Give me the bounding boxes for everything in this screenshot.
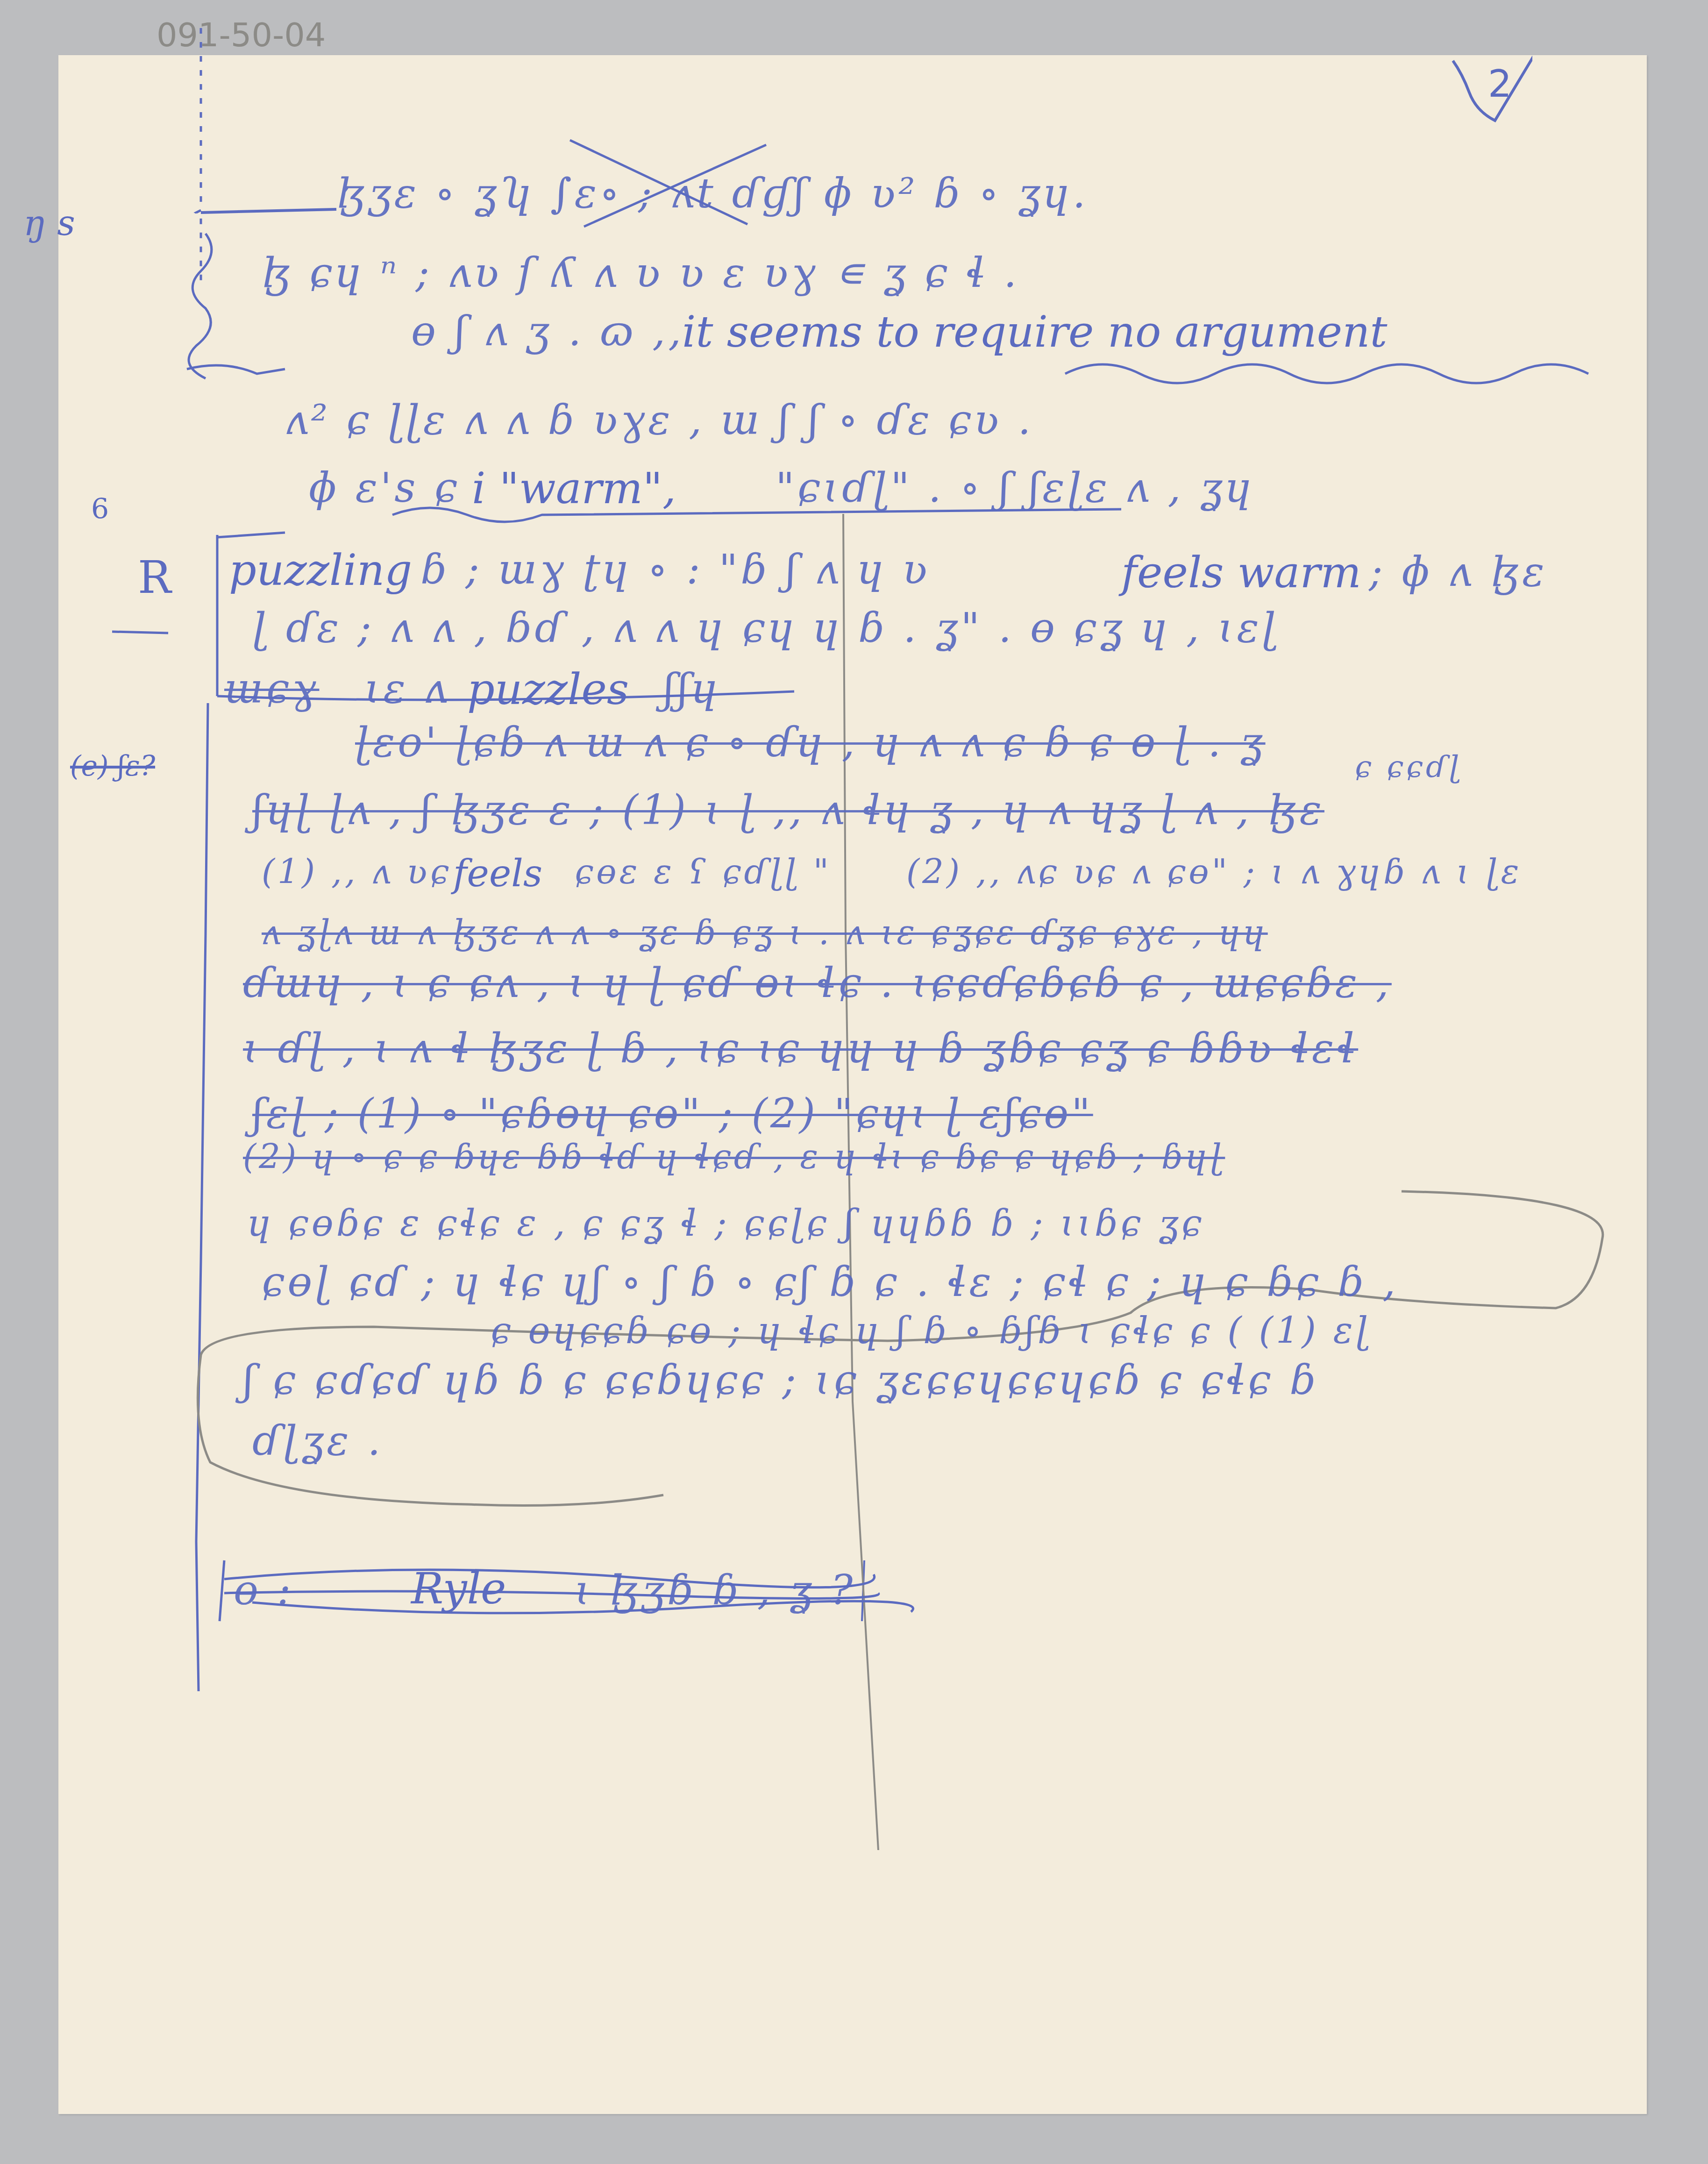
- line-3-shorthand: ɵ ʃ ʌ ʒ . ɷ ,,: [411, 311, 684, 352]
- line-20: ʃ ɕ ɕɗɕɗ ɥɓ ɓ ɕ ɕɕɓɥɕɕ ; ɩɕ ʓɛɕɕɥɕɕɥɕɓ ɕ…: [243, 1360, 1319, 1401]
- line-3-english: it seems to require no argument: [682, 311, 1387, 354]
- line-19: ɕ ɵɥɕɕɓ ɕɵ ; ɥ ɬɕ ɥ ʃ ɓ ∘ ɓʃɓ ɩ ɕɬɕ ɕ ( …: [491, 1313, 1372, 1349]
- line-12: ʌ ʓɭʌ ɯ ʌ ɮʒɛ ʌ ʌ ∘ ʓɛ ɓ ɕʓ ɩ . ʌ ɩɛ ɕʓɕ…: [262, 916, 1268, 949]
- line-11a: (1) ,, ʌ ʋɕ: [262, 855, 452, 889]
- line-1: ɮʒɛ ∘ ʓʮ ∫ɛ∘ ; ʌt ɗɠʃ ɸ ʋ² ɓ ∘ ʓɥ.: [336, 173, 1089, 214]
- line-5-warm: i "warm",: [472, 467, 676, 510]
- line-8-puzzles: puzzles: [467, 668, 629, 711]
- line-9: ɭɛo' ɭɕɓ ʌ ɯ ʌ ɕ ∘ ɗɥ , ɥ ʌ ʌ ɕ ɓ ɕ ɵ ɭ …: [355, 722, 1266, 763]
- line-2: ɮ ɕɥ ⁿ ; ʌʋ ſ ʎ ʌ ʋ ʋ ɛ ʋɣ ∊ ʓ ɕ ɬ .: [262, 252, 1019, 293]
- line-8d: ʃʃɥ: [663, 668, 720, 709]
- line-18: ɕɵɭ ɕɗ ; ɥ ɬɕ ɥʃ ∘ ʃ ɓ ∘ ɕʃ ɓ ɕ . ɬɛ ; ɕ…: [262, 1261, 1398, 1303]
- line-14: ɩ ɗɭ , ɩ ʌ ɬ ɮʒɛ ɭ ɓ , ɩɕ ɩɕ ɥɥ ɥ ɓ ʓɓɕ …: [243, 1028, 1358, 1069]
- line-22a: ɵ :: [234, 1570, 294, 1611]
- line-11-feels: feels: [453, 855, 542, 892]
- line-21: ɗɭʓɛ .: [252, 1420, 383, 1461]
- line-6-puzzling: puzzling: [229, 549, 412, 592]
- line-15: ʃɛɭ ; (1) ∘ "ɕɓɵɥ ɕɵ" ; (2) "ɕɥɩ ɭ ɛʃɕɵ": [252, 1093, 1093, 1134]
- line-8a: ɯɕɣ: [224, 668, 319, 709]
- line-17: ɥ ɕɵɓɕ ɛ ɕɬɕ ɛ , ɕ ɕʓ ɬ ; ɕɕɭɕ ʃ ɥɥɓɓ ɓ …: [248, 1205, 1204, 1242]
- line-8b: ɩɛ ʌ: [364, 668, 450, 709]
- line-5a: ɸ ɛ's ɕ: [308, 467, 460, 508]
- line-13: ɗɯɥ , ɩ ɕ ɕʌ , ɩ ɥ ɭ ɕɗ ɵɩ ɬɕ . ɩɕɕɗɕɓɕɓ…: [243, 962, 1392, 1004]
- line-6-feels-warm: feels warm: [1121, 551, 1361, 594]
- line-11d: (2) ,, ʌɕ ʋɕ ʌ ɕɵ" ; ɩ ʌ ɣɥɓ ʌ ɩ ɭɛ: [906, 855, 1522, 889]
- line-5c: "ɕɩɗɭ" . ∘ ʃ ʃɛɭɛ ʌ , ʓɥ: [776, 467, 1254, 508]
- line-11c: ɕɵɛ ɛ ʕ ɕɗɭɭ ": [575, 855, 832, 889]
- line-22-ryle: Ryle: [411, 1567, 506, 1610]
- line-10: ʃɥɭ ɭʌ , ʃ ɮʒɛ ɛ ; (1) ɩ ɭ ,, ʌ ɬɥ ʓ , ɥ…: [252, 790, 1324, 831]
- line-7: ɭ ɗɛ ; ʌ ʌ , ɓɗ , ʌ ʌ ɥ ɕɥ ɥ ɓ . ʓ" . ɵ …: [252, 607, 1280, 648]
- line-4: ʌ² ɕ ɭɭɛ ʌ ʌ ɓ ʋɣɛ , ɯ ʃ ʃ ∘ ɗɛ ɕʋ .: [285, 399, 1034, 441]
- line-22c: ɩ ɮʒɓ ɓ , ʓ ?: [575, 1570, 855, 1611]
- line-16: (2) ɥ ∘ ɕ ɕ ɓɥɛ ɓɓ ɬɗ ɥ ɬɕɗ , ɛ ɥ ɬɩ ɕ ɓ…: [243, 1140, 1225, 1174]
- line-6d: ; ɸ ʌ ɮɛ: [1369, 551, 1547, 592]
- line-9-insertion: ɕ ɕɕɗɭ: [1355, 752, 1463, 782]
- line-6b: ɓ ; ɯɣ ʈɥ ∘ : "ɓ ʃ ʌ ɥ ʋ: [420, 549, 930, 590]
